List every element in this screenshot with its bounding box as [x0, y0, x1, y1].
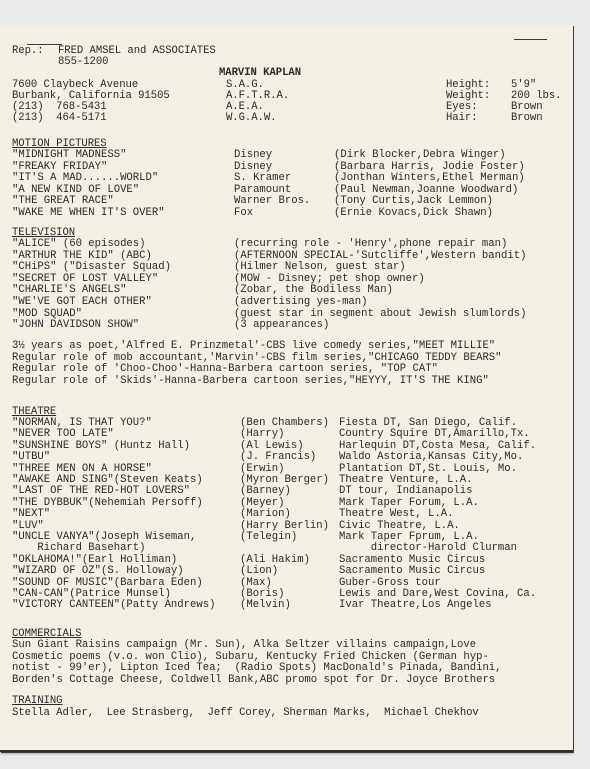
tv-row: "WE'VE GOT EACH OTHER"(advertising yes-m… [0, 297, 573, 309]
series-line: Regular role of 'Skids'-Hanna-Barbera ca… [12, 376, 489, 388]
film-row: "MIDNIGHT MADNESS"Disney(Dirk Blocker,De… [0, 150, 573, 162]
actor-name: MARVIN KAPLAN [219, 68, 301, 80]
training-line: Stella Adler, Lee Strasberg, Jeff Corey,… [12, 708, 479, 720]
phone-line: (213) 464-5171 [12, 113, 107, 125]
union: W.G.A.W. [226, 113, 276, 125]
pencil-mark [514, 39, 547, 40]
play-role: (Melvin) [240, 600, 291, 612]
series-line: 3½ years as poet,'Alfred E. Prinzmetal'-… [12, 341, 495, 353]
series-row: Regular role of 'Skids'-Hanna-Barbera ca… [0, 376, 573, 388]
tv-row: "JOHN DAVIDSON SHOW"(3 appearances) [0, 320, 573, 332]
tv-title: "JOHN DAVIDSON SHOW" [12, 320, 139, 332]
tv-note: (advertising yes-man) [234, 297, 368, 309]
film-studio: Disney [234, 150, 272, 162]
film-studio: Fox [234, 208, 253, 220]
tv-note: (recurring role - 'Henry',phone repair m… [234, 239, 507, 251]
tv-row: "ALICE" (60 episodes)(recurring role - '… [0, 239, 573, 251]
commercials-row: Borden's Cottage Cheese, Coldwell Bank,A… [0, 675, 573, 687]
commercials-row: Sun Giant Raisins campaign (Mr. Sun), Al… [0, 640, 573, 652]
agency-phone: 855-1200 [58, 57, 108, 69]
play-role: (Telegin) [240, 532, 297, 544]
resume-page: Rep.: FRED AMSEL and ASSOCIATES 855-1200… [0, 25, 573, 752]
section-heading-training: TRAINING [12, 696, 62, 708]
film-costars: (Ernie Kovacs,Dick Shawn) [334, 208, 493, 220]
film-costars: (Dirk Blocker,Debra Winger) [334, 150, 506, 162]
rep-label: Rep.: [12, 46, 44, 58]
play-title: "VICTORY CANTEEN"(Patty Andrews) [12, 600, 215, 612]
film-title: "WAKE ME WHEN IT'S OVER" [12, 208, 165, 220]
commercials-line: Borden's Cottage Cheese, Coldwell Bank,A… [12, 675, 495, 687]
tv-title: "WE'VE GOT EACH OTHER" [12, 297, 152, 309]
stat-label: Hair: [446, 113, 478, 125]
play-venue: Ivar Theatre,Los Angeles [339, 600, 492, 612]
commercials-line: Sun Giant Raisins campaign (Mr. Sun), Al… [12, 640, 476, 652]
tv-title: "ALICE" (60 episodes) [12, 239, 146, 251]
film-row: "WAKE ME WHEN IT'S OVER"Fox(Ernie Kovacs… [0, 208, 573, 220]
series-row: 3½ years as poet,'Alfred E. Prinzmetal'-… [0, 341, 573, 353]
film-title: "MIDNIGHT MADNESS" [12, 150, 126, 162]
stat-value: Brown [511, 113, 543, 125]
theatre-row: "VICTORY CANTEEN"(Patty Andrews)(Melvin)… [0, 600, 573, 612]
tv-note: (3 appearances) [234, 320, 329, 332]
